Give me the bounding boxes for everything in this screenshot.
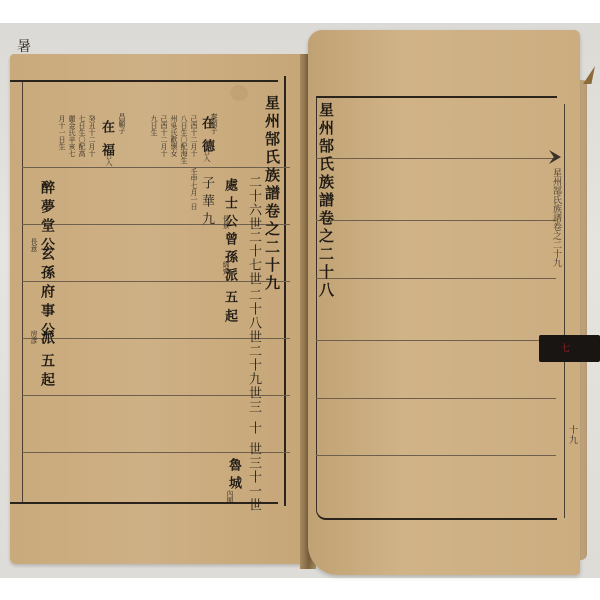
generation-31: 三十一世 (246, 456, 260, 512)
zaide-line2: 八日生〇配海生 (180, 115, 188, 164)
generation-26: 二十六世 (246, 175, 260, 231)
zaifu-line4: 月十一日生 (58, 115, 66, 150)
zaide-line5: 九日生 (150, 115, 158, 136)
frame-inner-right (564, 104, 565, 518)
frame-inner-right (284, 76, 286, 506)
generation-27: 二十七世 (246, 230, 260, 286)
zaifu-line1: 癸丑十二月十 (88, 115, 96, 157)
zaide-line3: 州吳氏歡懷女 (170, 115, 178, 157)
zaifu-line2: 七日生〇配高 (78, 115, 86, 157)
bookmark-stamp: 七 (561, 341, 570, 354)
zaide-son-birth: 壬申七月一日 (190, 168, 198, 210)
generation-28: 二十八世 (246, 288, 260, 344)
volume-title: 星州郜氏族譜卷之二十九 (264, 95, 280, 293)
zuimeng-hall: 醉夢堂公 (37, 180, 57, 256)
zaifu-heading: 昌顧子 (118, 113, 126, 134)
zaide-line1: 己酉十二月十 (190, 115, 198, 157)
xuansun-suffix: 派 (37, 330, 57, 349)
entry-wuqi-2: 五起 (37, 353, 57, 391)
generation-30: 三十世 (246, 400, 260, 463)
top-corner-mark: 暑 (17, 36, 31, 56)
right-volume-title: 星州郜氏族譜卷之二十八 (318, 102, 334, 300)
zaide-line4: 己酉十二月十 (160, 115, 168, 157)
entry-lucheng-note: 內閣 (226, 490, 234, 504)
row-divider (316, 158, 556, 159)
entry-wuqi: 五起 (222, 290, 236, 328)
xuansun-name: 玄孫府事公 (37, 246, 57, 341)
zaifu-line3: 麗金氏辛亥七 (68, 115, 76, 157)
row-divider (316, 220, 556, 221)
zaide-note: 日入 (203, 148, 211, 162)
zaide-son: 子華九 (199, 176, 213, 230)
entry-zengsun-suffix: 派 (222, 268, 236, 282)
zaifu-note: 日入 (105, 152, 113, 166)
entry-lucheng-name: 魯城 (226, 458, 240, 494)
page-number: 十九 (566, 425, 579, 445)
row-divider (316, 398, 556, 399)
entry-chushi-note: 長景 (222, 215, 230, 229)
frame-inner-left (22, 82, 23, 502)
spine-label: 星州郜氏族譜卷之二十九 (549, 168, 563, 408)
row-divider (316, 455, 556, 456)
row-divider (316, 340, 556, 341)
right-page-frame (316, 96, 557, 520)
generation-29: 二十九世 (246, 344, 260, 400)
row-divider (316, 278, 556, 279)
row-divider (22, 167, 290, 168)
